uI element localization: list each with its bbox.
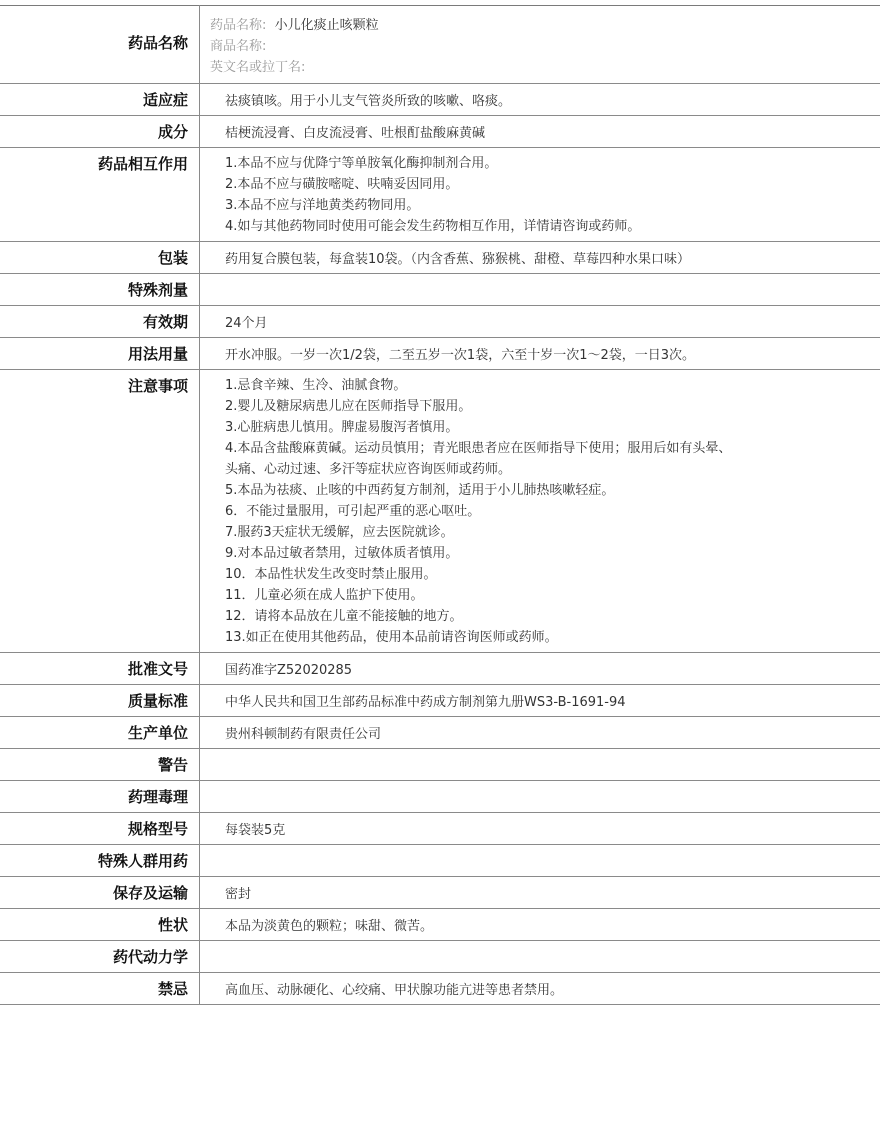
name-cell: 药品名称: 小儿化痰止咳颗粒 商品名称: 英文名或拉丁名: xyxy=(200,6,880,84)
row-value: 药用复合膜包装，每盒装10袋。（内含香蕉、猕猴桃、甜橙、草莓四种水果口味） xyxy=(200,242,880,274)
row-label: 生产单位 xyxy=(0,717,200,749)
list-item: 3.本品不应与洋地黄类药物同用。 xyxy=(225,195,880,216)
row-value: 高血压、动脉硬化、心绞痛、甲状腺功能亢进等患者禁用。 xyxy=(200,973,880,1005)
row-label: 成分 xyxy=(0,116,200,148)
row-appearance: 性状 本品为淡黄色的颗粒；味甜、微苦。 xyxy=(0,909,880,941)
row-label: 用法用量 xyxy=(0,338,200,370)
row-value: 1.本品不应与优降宁等单胺氧化酶抑制剂合用。 2.本品不应与磺胺嘧啶、呋喃妥因同… xyxy=(200,148,880,242)
row-label: 适应症 xyxy=(0,84,200,116)
drug-name-label: 药品名称: xyxy=(210,18,266,33)
trade-name-label: 商品名称: xyxy=(210,39,266,54)
row-value: 贵州科顿制药有限责任公司 xyxy=(200,717,880,749)
list-item: 2.婴儿及糖尿病患儿应在医师指导下服用。 xyxy=(225,396,880,417)
row-value: 开水冲服。一岁一次1/2袋，二至五岁一次1袋，六至十岁一次1～2袋，一日3次。 xyxy=(200,338,880,370)
list-item: 1.忌食辛辣、生冷、油腻食物。 xyxy=(225,375,880,396)
row-value xyxy=(200,274,880,306)
list-item: 12．请将本品放在儿童不能接触的地方。 xyxy=(225,606,880,627)
row-approval-number: 批准文号 国药准字Z52020285 xyxy=(0,653,880,685)
list-item: 3.心脏病患儿慎用。脾虚易腹泻者慎用。 xyxy=(225,417,880,438)
drug-name-line: 药品名称: 小儿化痰止咳颗粒 xyxy=(210,15,880,36)
row-value xyxy=(200,781,880,813)
row-value: 国药准字Z52020285 xyxy=(200,653,880,685)
row-label: 药代动力学 xyxy=(0,941,200,973)
trade-name-line: 商品名称: xyxy=(210,36,880,57)
row-value: 每袋装5克 xyxy=(200,813,880,845)
row-label: 批准文号 xyxy=(0,653,200,685)
row-interactions: 药品相互作用 1.本品不应与优降宁等单胺氧化酶抑制剂合用。 2.本品不应与磺胺嘧… xyxy=(0,148,880,242)
list-item: 1.本品不应与优降宁等单胺氧化酶抑制剂合用。 xyxy=(225,153,880,174)
row-warning: 警告 xyxy=(0,749,880,781)
row-label: 药品名称 xyxy=(0,6,200,84)
row-special-population: 特殊人群用药 xyxy=(0,845,880,877)
row-value: 祛痰镇咳。用于小儿支气管炎所致的咳嗽、咯痰。 xyxy=(200,84,880,116)
list-item: 6．不能过量服用，可引起严重的恶心呕吐。 xyxy=(225,501,880,522)
list-item: 4.本品含盐酸麻黄碱。运动员慎用；青光眼患者应在医师指导下使用；服用后如有头晕、 xyxy=(225,438,880,459)
list-item: 4.如与其他药物同时使用可能会发生药物相互作用，详情请咨询或药师。 xyxy=(225,216,880,237)
row-packaging: 包装 药用复合膜包装，每盒装10袋。（内含香蕉、猕猴桃、甜橙、草莓四种水果口味） xyxy=(0,242,880,274)
list-item: 13.如正在使用其他药品，使用本品前请咨询医师或药师。 xyxy=(225,627,880,648)
list-item: 9.对本品过敏者禁用，过敏体质者慎用。 xyxy=(225,543,880,564)
row-value: 密封 xyxy=(200,877,880,909)
english-name-line: 英文名或拉丁名: xyxy=(210,57,880,78)
row-precautions: 注意事项 1.忌食辛辣、生冷、油腻食物。 2.婴儿及糖尿病患儿应在医师指导下服用… xyxy=(0,370,880,653)
row-manufacturer: 生产单位 贵州科顿制药有限责任公司 xyxy=(0,717,880,749)
list-item: 11．儿童必须在成人监护下使用。 xyxy=(225,585,880,606)
list-item: 10．本品性状发生改变时禁止服用。 xyxy=(225,564,880,585)
row-label: 有效期 xyxy=(0,306,200,338)
list-item: 头痛、心动过速、多汗等症状应咨询医师或药师。 xyxy=(225,459,880,480)
row-label: 药品相互作用 xyxy=(0,148,200,242)
drug-spec-table: 药品名称 药品名称: 小儿化痰止咳颗粒 商品名称: 英文名或拉丁名: 适应症 祛… xyxy=(0,5,880,1005)
row-special-dosage: 特殊剂量 xyxy=(0,274,880,306)
row-label: 禁忌 xyxy=(0,973,200,1005)
drug-name-value: 小儿化痰止咳颗粒 xyxy=(275,18,379,33)
list-item: 7.服药3天症状无缓解，应去医院就诊。 xyxy=(225,522,880,543)
list-item: 5.本品为祛痰、止咳的中西药复方制剂，适用于小儿肺热咳嗽轻症。 xyxy=(225,480,880,501)
row-storage: 保存及运输 密封 xyxy=(0,877,880,909)
row-indications: 适应症 祛痰镇咳。用于小儿支气管炎所致的咳嗽、咯痰。 xyxy=(0,84,880,116)
row-value: 24个月 xyxy=(200,306,880,338)
row-pharmacology: 药理毒理 xyxy=(0,781,880,813)
row-label: 性状 xyxy=(0,909,200,941)
row-label: 特殊人群用药 xyxy=(0,845,200,877)
row-shelf-life: 有效期 24个月 xyxy=(0,306,880,338)
row-value: 1.忌食辛辣、生冷、油腻食物。 2.婴儿及糖尿病患儿应在医师指导下服用。 3.心… xyxy=(200,370,880,653)
row-specification: 规格型号 每袋装5克 xyxy=(0,813,880,845)
row-label: 注意事项 xyxy=(0,370,200,653)
row-value: 本品为淡黄色的颗粒；味甜、微苦。 xyxy=(200,909,880,941)
row-label: 包装 xyxy=(0,242,200,274)
row-label: 特殊剂量 xyxy=(0,274,200,306)
row-ingredients: 成分 桔梗流浸膏、白皮流浸膏、吐根酊盐酸麻黄碱 xyxy=(0,116,880,148)
row-value xyxy=(200,749,880,781)
row-label: 保存及运输 xyxy=(0,877,200,909)
row-value: 中华人民共和国卫生部药品标准中药成方制剂第九册WS3-B-1691-94 xyxy=(200,685,880,717)
row-value xyxy=(200,941,880,973)
row-value: 桔梗流浸膏、白皮流浸膏、吐根酊盐酸麻黄碱 xyxy=(200,116,880,148)
row-label: 质量标准 xyxy=(0,685,200,717)
row-label: 警告 xyxy=(0,749,200,781)
row-usage: 用法用量 开水冲服。一岁一次1/2袋，二至五岁一次1袋，六至十岁一次1～2袋，一… xyxy=(0,338,880,370)
row-contraindications: 禁忌 高血压、动脉硬化、心绞痛、甲状腺功能亢进等患者禁用。 xyxy=(0,973,880,1005)
row-drug-name: 药品名称 药品名称: 小儿化痰止咳颗粒 商品名称: 英文名或拉丁名: xyxy=(0,6,880,84)
row-quality-standard: 质量标准 中华人民共和国卫生部药品标准中药成方制剂第九册WS3-B-1691-9… xyxy=(0,685,880,717)
row-label: 药理毒理 xyxy=(0,781,200,813)
row-pharmacokinetics: 药代动力学 xyxy=(0,941,880,973)
list-item: 2.本品不应与磺胺嘧啶、呋喃妥因同用。 xyxy=(225,174,880,195)
row-value xyxy=(200,845,880,877)
english-name-label: 英文名或拉丁名: xyxy=(210,60,305,75)
row-label: 规格型号 xyxy=(0,813,200,845)
drug-spec-document: 药品名称 药品名称: 小儿化痰止咳颗粒 商品名称: 英文名或拉丁名: 适应症 祛… xyxy=(0,0,880,1005)
